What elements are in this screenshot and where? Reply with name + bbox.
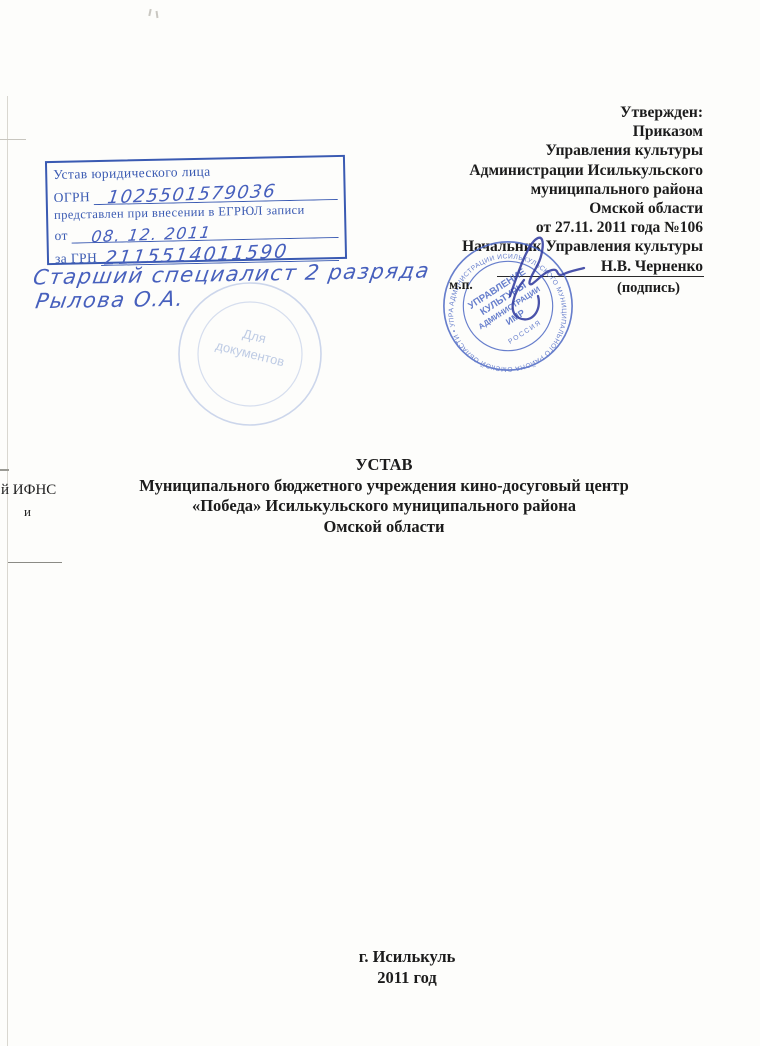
- stamp-title: Устав юридического лица: [53, 164, 211, 183]
- approval-line: Управления культуры: [323, 141, 703, 160]
- footer-block: г. Исилькуль 2011 год: [0, 947, 760, 988]
- document-title-line: Омской области: [8, 517, 760, 538]
- approval-line: муниципального района: [323, 180, 703, 199]
- signature-caption: (подпись): [617, 280, 680, 297]
- margin-text-fragment: й ИФНС: [1, 482, 56, 499]
- ogrn-label: ОГРН: [54, 189, 91, 206]
- for-documents-stamp: Для документов: [168, 276, 332, 426]
- date-label: от: [54, 228, 68, 244]
- footer-city: г. Исилькуль: [54, 947, 760, 968]
- document-title-block: УСТАВ Муниципального бюджетного учрежден…: [0, 455, 760, 537]
- scan-speck: [156, 11, 159, 18]
- approval-line: Омской области: [323, 199, 703, 218]
- clerk-name-handwritten: Рылова О.А.: [34, 287, 186, 314]
- margin-text-fragment: и: [24, 504, 31, 520]
- scan-edge-line: [7, 96, 8, 1046]
- handwritten-signature: [480, 228, 610, 323]
- docs-stamp-word: Для: [241, 326, 267, 346]
- document-title: УСТАВ: [8, 455, 760, 476]
- scan-speck: [148, 9, 151, 16]
- document-title-line: «Победа» Исилькульского муниципального р…: [8, 496, 760, 517]
- seal-place-note: м.п.: [449, 277, 473, 293]
- date-handwritten-value: 08. 12. 2011: [90, 223, 213, 244]
- document-title-line: Муниципального бюджетного учреждения кин…: [8, 476, 760, 497]
- approval-line: Администрации Исилькульского: [323, 161, 703, 180]
- margin-cutoff-line: [8, 562, 62, 563]
- scanned-document-page: Утвержден: Приказом Управления культуры …: [0, 0, 760, 1046]
- ogrn-handwritten-value: 1025501579036: [106, 181, 278, 206]
- registration-stamp: Устав юридического лица ОГРН 10255015790…: [45, 155, 347, 265]
- footer-year: 2011 год: [54, 968, 760, 989]
- scan-tick-mark: [0, 139, 26, 140]
- approval-line: Утвержден:: [323, 103, 703, 122]
- approval-line: Приказом: [323, 122, 703, 141]
